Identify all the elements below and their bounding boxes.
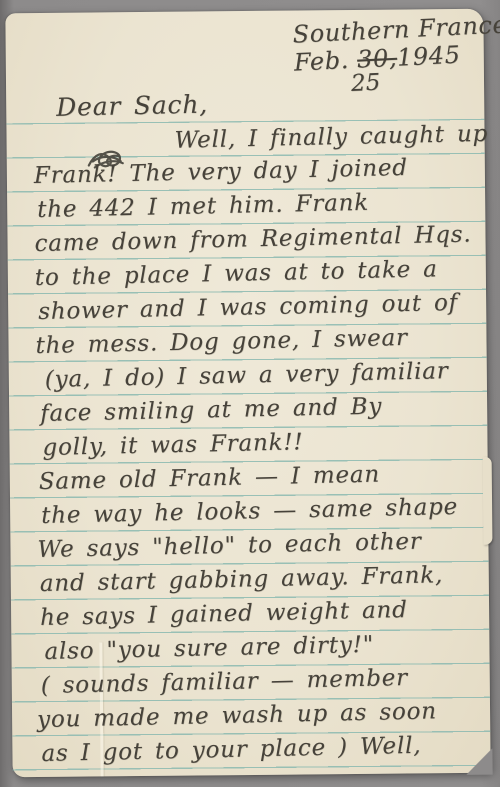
letter-paper: Southern France Feb. 30,1945 25 Dear Sac… xyxy=(5,9,490,778)
salutation: Dear Sach, xyxy=(56,90,208,122)
heading-date-prefix: Feb. xyxy=(293,46,349,77)
letter-heading: Southern France Feb. 30,1945 25 xyxy=(292,10,500,99)
paper-edge-bump xyxy=(483,457,493,545)
heading-date-year: 1945 xyxy=(396,41,461,72)
paper-corner-clip xyxy=(466,749,492,775)
desk-background: { "scene": { "background_color": "#8d8b8… xyxy=(0,0,500,787)
